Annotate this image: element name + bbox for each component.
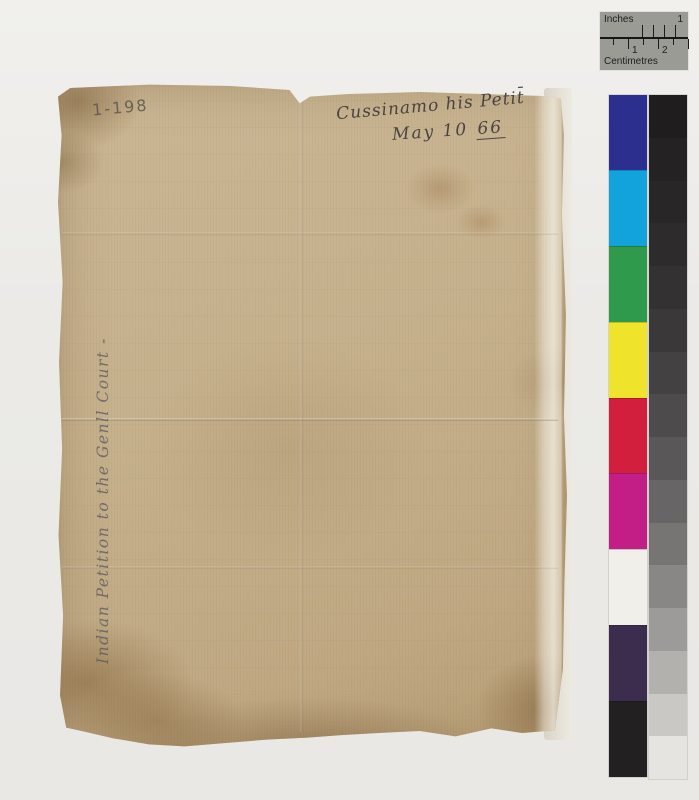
grayscale-step-5 — [649, 266, 687, 309]
fold-crease-vertical — [300, 92, 303, 732]
manuscript-leaf — [57, 82, 568, 749]
right-edge-repair-strip — [534, 95, 562, 735]
color-patch-dark-purple — [609, 625, 647, 701]
fold-crease-upper — [62, 232, 558, 235]
grayscale-step-10 — [649, 480, 687, 523]
grayscale-step-14 — [649, 651, 687, 694]
grayscale-step-7 — [649, 352, 687, 395]
measurement-ruler: Inches 1 1 2 Centimetres — [600, 12, 688, 70]
color-patch-white — [609, 549, 647, 625]
fold-crease-middle — [62, 418, 558, 421]
color-calibration-bar — [609, 95, 647, 777]
grayscale-step-4 — [649, 223, 687, 266]
color-patch-yellow — [609, 322, 647, 398]
cm-mark-1: 1 — [632, 45, 638, 56]
color-patch-black — [609, 701, 647, 777]
color-patch-green — [609, 246, 647, 322]
cm-mark-2: 2 — [662, 45, 668, 56]
grayscale-step-16 — [649, 736, 687, 779]
grayscale-step-3 — [649, 181, 687, 224]
ruler-inches-label: Inches — [604, 14, 633, 25]
grayscale-step-12 — [649, 565, 687, 608]
grayscale-step-6 — [649, 309, 687, 352]
vertical-pencil-inscription: Indian Petition to the Genll Court - — [94, 250, 112, 664]
grayscale-calibration-bar — [649, 95, 687, 779]
grayscale-step-13 — [649, 608, 687, 651]
ink-docket-year: 66 — [475, 117, 506, 140]
archival-scan: 1-198 Cussinamo his Petit̄ May 10 66 Ind… — [0, 0, 699, 800]
fold-crease-lower — [62, 566, 558, 569]
color-patch-cyan — [609, 170, 647, 246]
ruler-centimetres-label: Centimetres — [604, 56, 658, 67]
color-patch-blue — [609, 95, 647, 170]
grayscale-step-9 — [649, 437, 687, 480]
inch-mark-1: 1 — [677, 14, 683, 25]
grayscale-step-1 — [649, 95, 687, 138]
inch-tick-marks — [642, 25, 686, 37]
grayscale-step-2 — [649, 138, 687, 181]
grayscale-step-15 — [649, 694, 687, 737]
grayscale-step-11 — [649, 523, 687, 566]
grayscale-step-8 — [649, 394, 687, 437]
color-patch-magenta — [609, 473, 647, 549]
half-cm-tick-marks — [613, 39, 690, 45]
color-patch-red — [609, 398, 647, 474]
